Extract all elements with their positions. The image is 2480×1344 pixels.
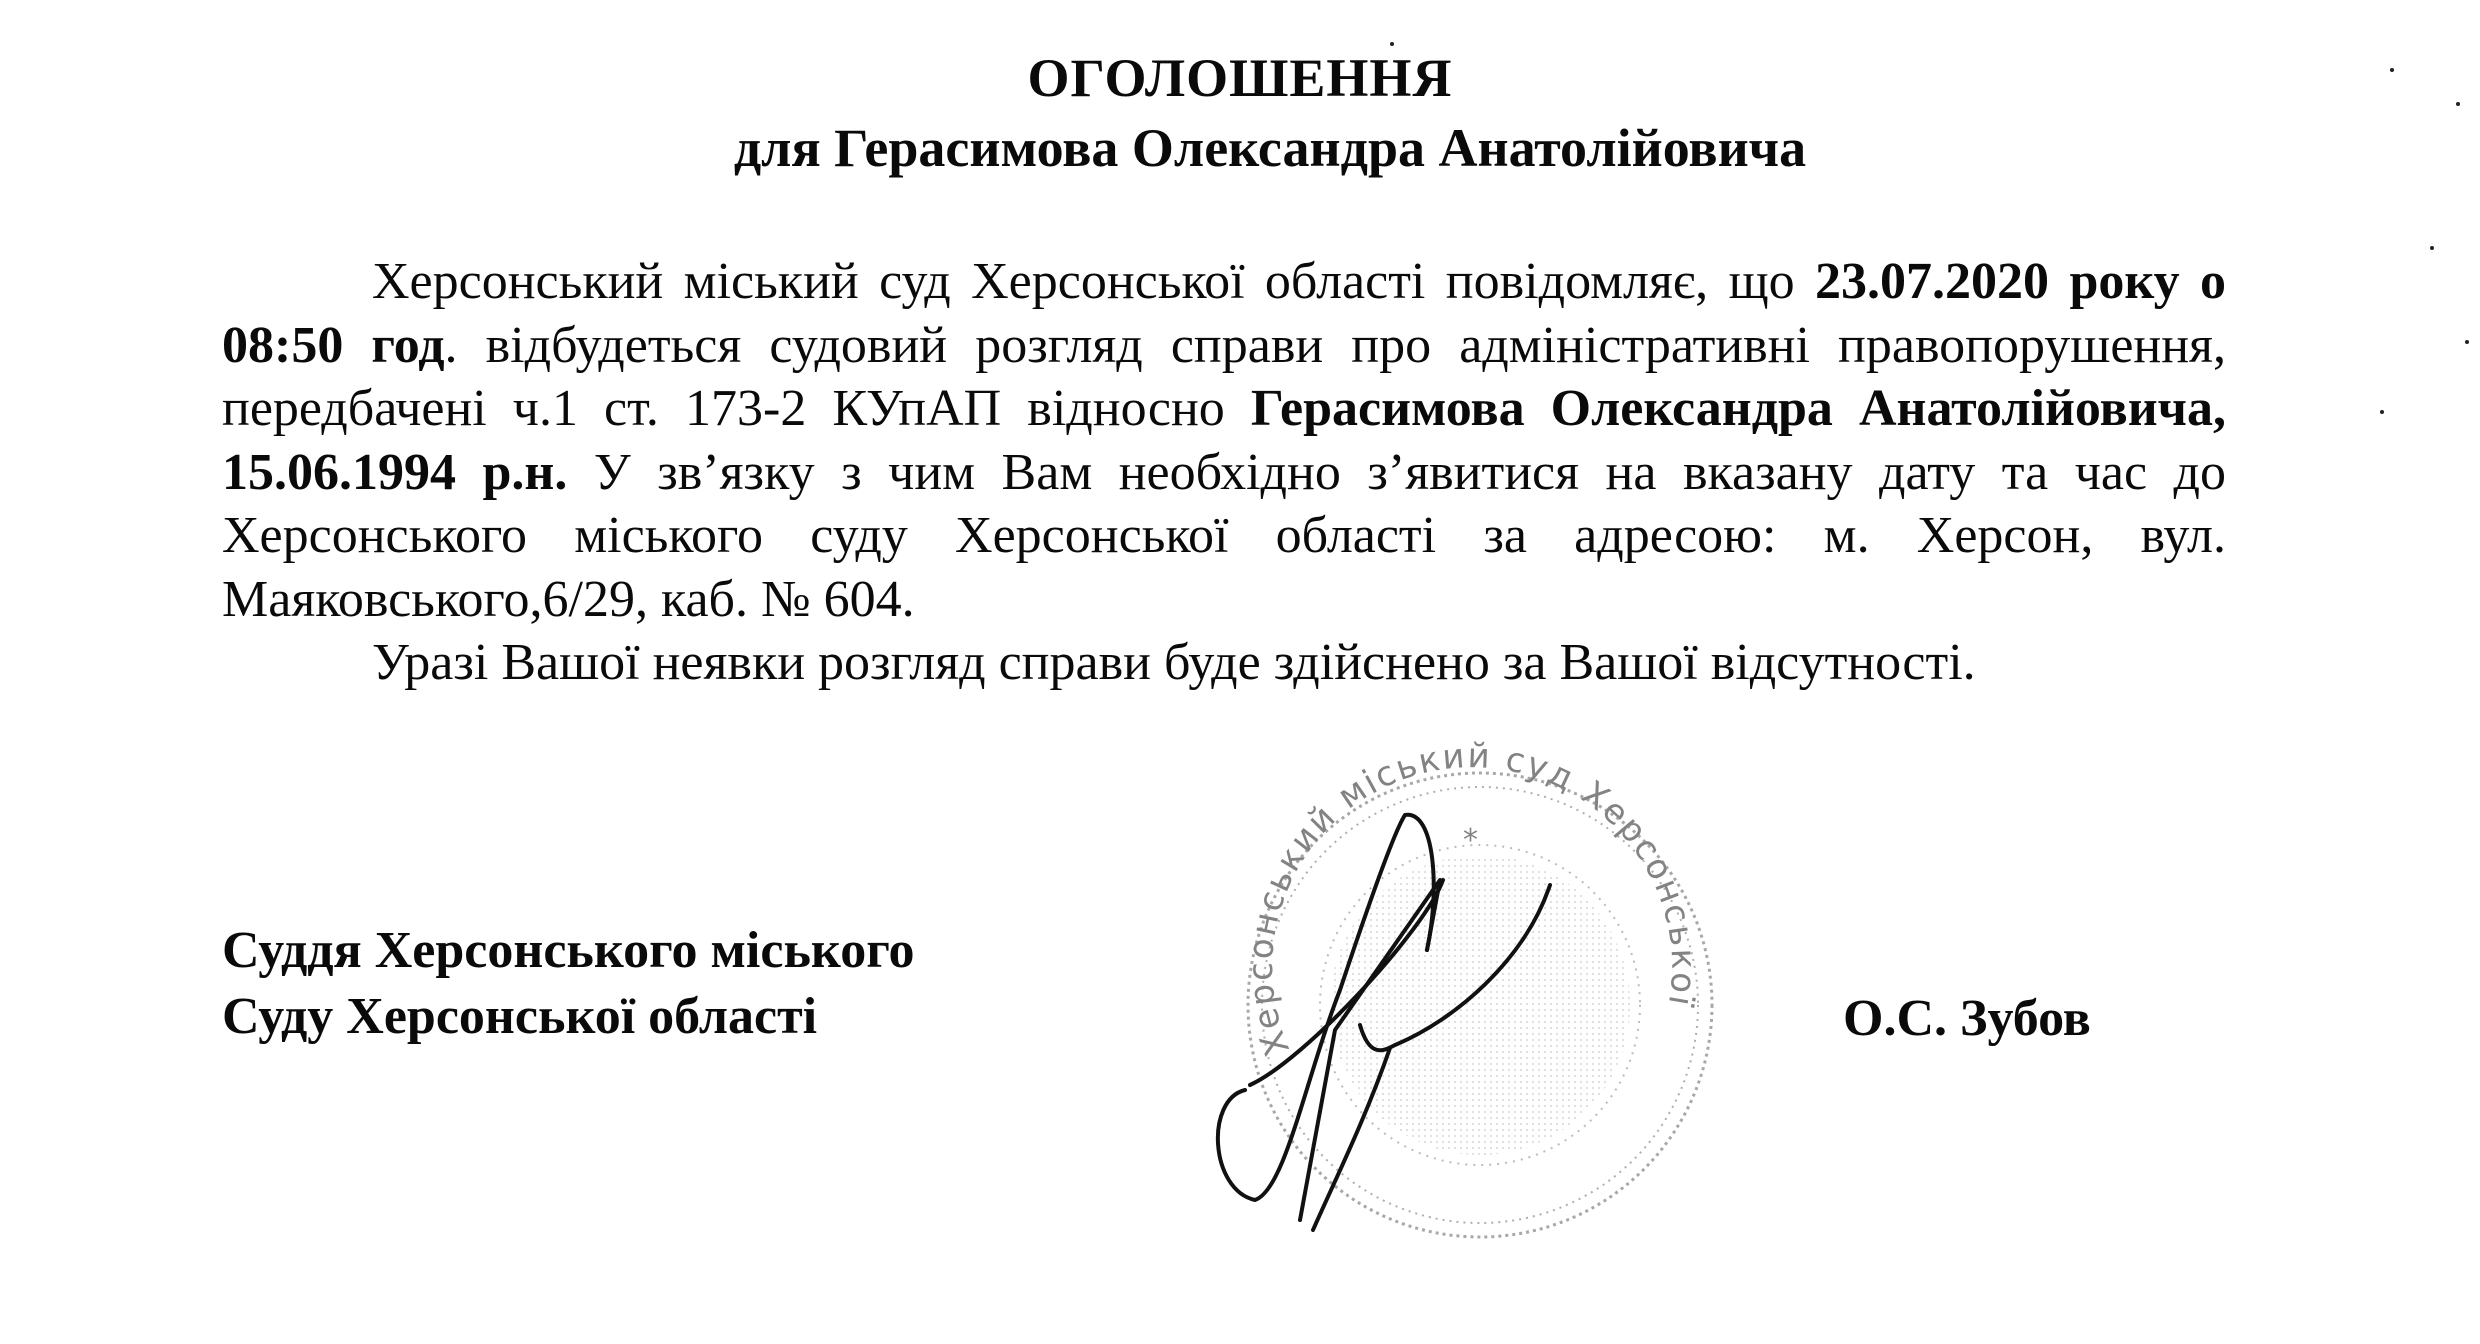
document-body: Херсонський міський суд Херсонської обла…: [222, 250, 2226, 695]
paragraph-notice: Херсонський міський суд Херсонської обла…: [222, 250, 2226, 631]
svg-text:*: *: [1463, 823, 1478, 858]
scan-speck: [2456, 102, 2460, 106]
scan-speck: [2465, 340, 2469, 344]
scan-speck: [2380, 410, 2384, 414]
judge-position-line1: Суддя Херсонського міського: [222, 918, 915, 984]
judge-position-line2: Суду Херсонської області: [222, 984, 915, 1050]
document-title: ОГОЛОШЕННЯ: [0, 48, 2480, 108]
stamp-icon: Херсонський міський суд Херсонської обла…: [1195, 720, 1712, 1237]
document-subtitle: для Герасимова Олександра Анатолійовича: [0, 118, 2480, 178]
scan-speck: [2390, 68, 2394, 72]
notice-text-1: Херсонський міський суд Херсонської обла…: [372, 253, 1815, 310]
judge-position: Суддя Херсонського міського Суду Херсонс…: [222, 918, 915, 1050]
court-stamp-with-signature: Херсонський міський суд Херсонської обла…: [1195, 720, 1755, 1240]
document-page: ОГОЛОШЕННЯ для Герасимова Олександра Ана…: [0, 0, 2480, 1344]
scan-speck: [1390, 42, 1394, 46]
paragraph-absence-warning: Уразі Вашої неявки розгляд справи буде з…: [222, 631, 2226, 695]
judge-name: О.С. Зубов: [1843, 986, 2091, 1052]
scan-speck: [2430, 246, 2434, 250]
